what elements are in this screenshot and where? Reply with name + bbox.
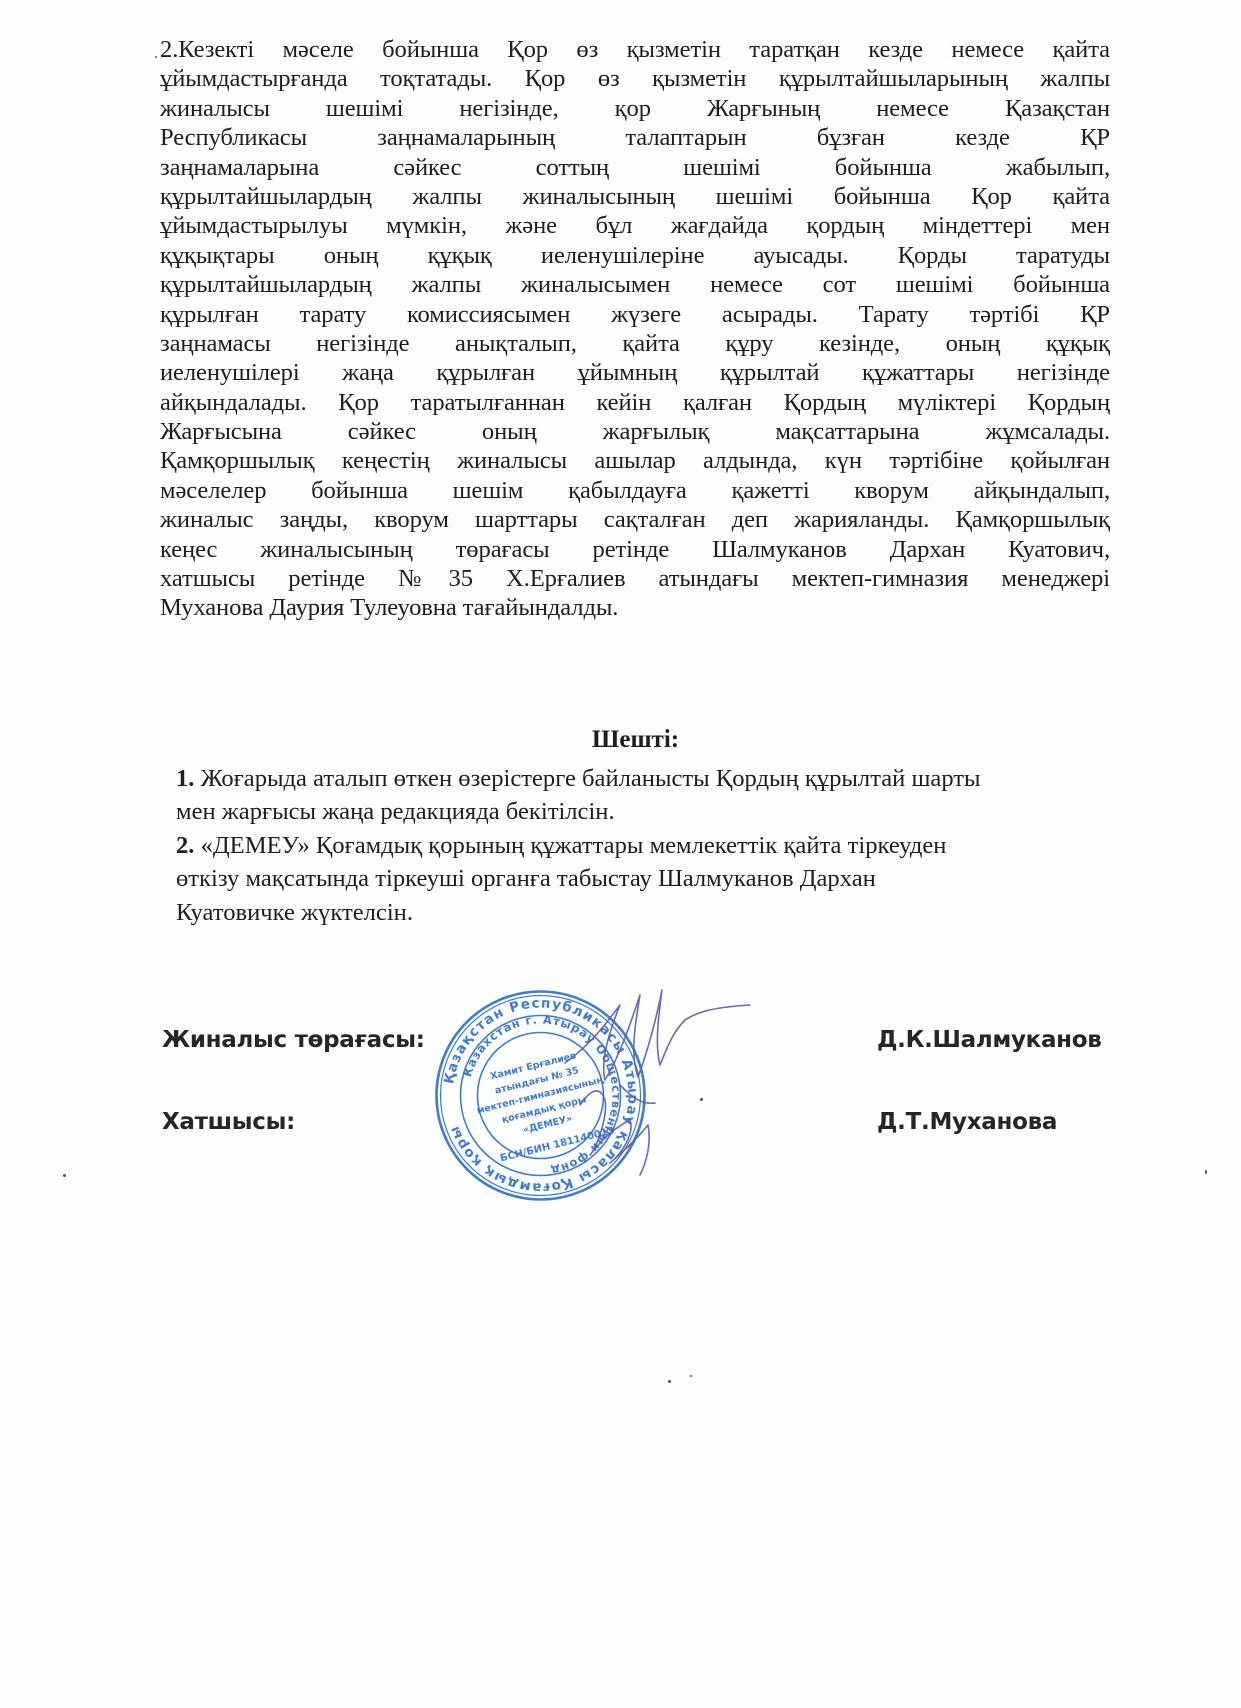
paragraph-line: 2.Кезекті мәселе бойынша Қор өз қызметін… [160, 35, 1110, 64]
scan-speck [63, 1174, 66, 1177]
paragraph-line: құрылтайшылардың жалпы жиналысымен немес… [160, 270, 1110, 299]
paragraph-line: Қамқоршылық кеңестің жиналысы ашылар алд… [160, 446, 1110, 475]
resolution-item-2-line-3: Куатовичке жүктелсін. [176, 896, 1136, 929]
paragraph-line: ұйымдастырылуы мүмкін, және бұл жағдайда… [160, 211, 1110, 240]
chair-label: Жиналыс төрағасы: [162, 1027, 425, 1053]
resolution-item-1-line-1: 1. Жоғарыда аталып өткен өзерістерге бай… [176, 762, 1136, 795]
document-page: 2.Кезекті мәселе бойынша Қор өз қызметін… [0, 0, 1241, 1708]
paragraph-line: кеңес жиналысының төрағасы ретінде Шалму… [160, 535, 1110, 564]
paragraph-line: мәселелер бойынша шешім қабылдауға қажет… [160, 476, 1110, 505]
resolution-number: 2. [176, 832, 194, 859]
resolution-text: «ДЕМЕУ» Қоғамдық қорының құжаттары мемле… [201, 832, 947, 859]
paragraph-line: хатшысы ретінде №35 Х.Ерғалиев атындағы … [160, 564, 1110, 593]
body-paragraph: 2.Кезекті мәселе бойынша Қор өз қызметін… [160, 35, 1110, 623]
resolution-item-2-line-2: өткізу мақсатында тіркеуші органға табыс… [176, 862, 1136, 895]
scan-speck [1205, 1170, 1207, 1174]
resolution-number: 1. [176, 765, 194, 792]
resolution-item-1-line-2: мен жарғысы жаңа редакцияда бекітілсін. [176, 795, 1136, 828]
scan-speck [690, 1375, 692, 1377]
paragraph-line: құқықтары оның құқық иеленушілеріне ауыс… [160, 241, 1110, 270]
paragraph-line: заңнамаларына сәйкес соттың шешімі бойын… [160, 153, 1110, 182]
handwritten-signature-icon [560, 985, 760, 1185]
scan-speck [700, 1098, 703, 1101]
paragraph-line: айқындалады. Қор таратылғаннан кейін қал… [160, 388, 1110, 417]
paragraph-line: заңнамасы негізінде анықталып, қайта құр… [160, 329, 1110, 358]
paragraph-line: құрылтайшылардың жалпы жиналысының шешім… [160, 182, 1110, 211]
scan-speck [668, 1380, 671, 1383]
resolution-text: Жоғарыда аталып өткен өзерістерге байлан… [201, 765, 981, 792]
paragraph-line: Муханова Даурия Тулеуовна тағайындалды. [160, 593, 1110, 622]
paragraph-line: жиналыс заңды, кворум шарттары сақталған… [160, 505, 1110, 534]
paragraph-line: Республикасы заңнамаларының талаптарын б… [160, 123, 1110, 152]
paragraph-line: Жарғысына сәйкес оның жарғылық мақсаттар… [160, 417, 1110, 446]
secretary-label: Хатшысы: [162, 1109, 295, 1135]
paragraph-line: иеленушілері жаңа құрылған ұйымның құрыл… [160, 358, 1110, 387]
paragraph-line: жиналысы шешімі негізінде, қор Жарғының … [160, 94, 1110, 123]
resolution-item-2-line-1: 2. «ДЕМЕУ» Қоғамдық қорының құжаттары ме… [176, 829, 1136, 862]
paragraph-line: ұйымдастырғанда тоқтатады. Қор өз қызмет… [160, 64, 1110, 93]
secretary-name: Д.Т.Муханова [877, 1109, 1057, 1135]
resolution-heading: Шешті: [0, 726, 1241, 754]
paragraph-line: құрылған тарату комиссиясымен жүзеге асы… [160, 300, 1110, 329]
chair-name: Д.К.Шалмуканов [877, 1027, 1102, 1053]
resolutions-list: 1. Жоғарыда аталып өткен өзерістерге бай… [176, 762, 1136, 929]
scan-speck [155, 56, 157, 58]
